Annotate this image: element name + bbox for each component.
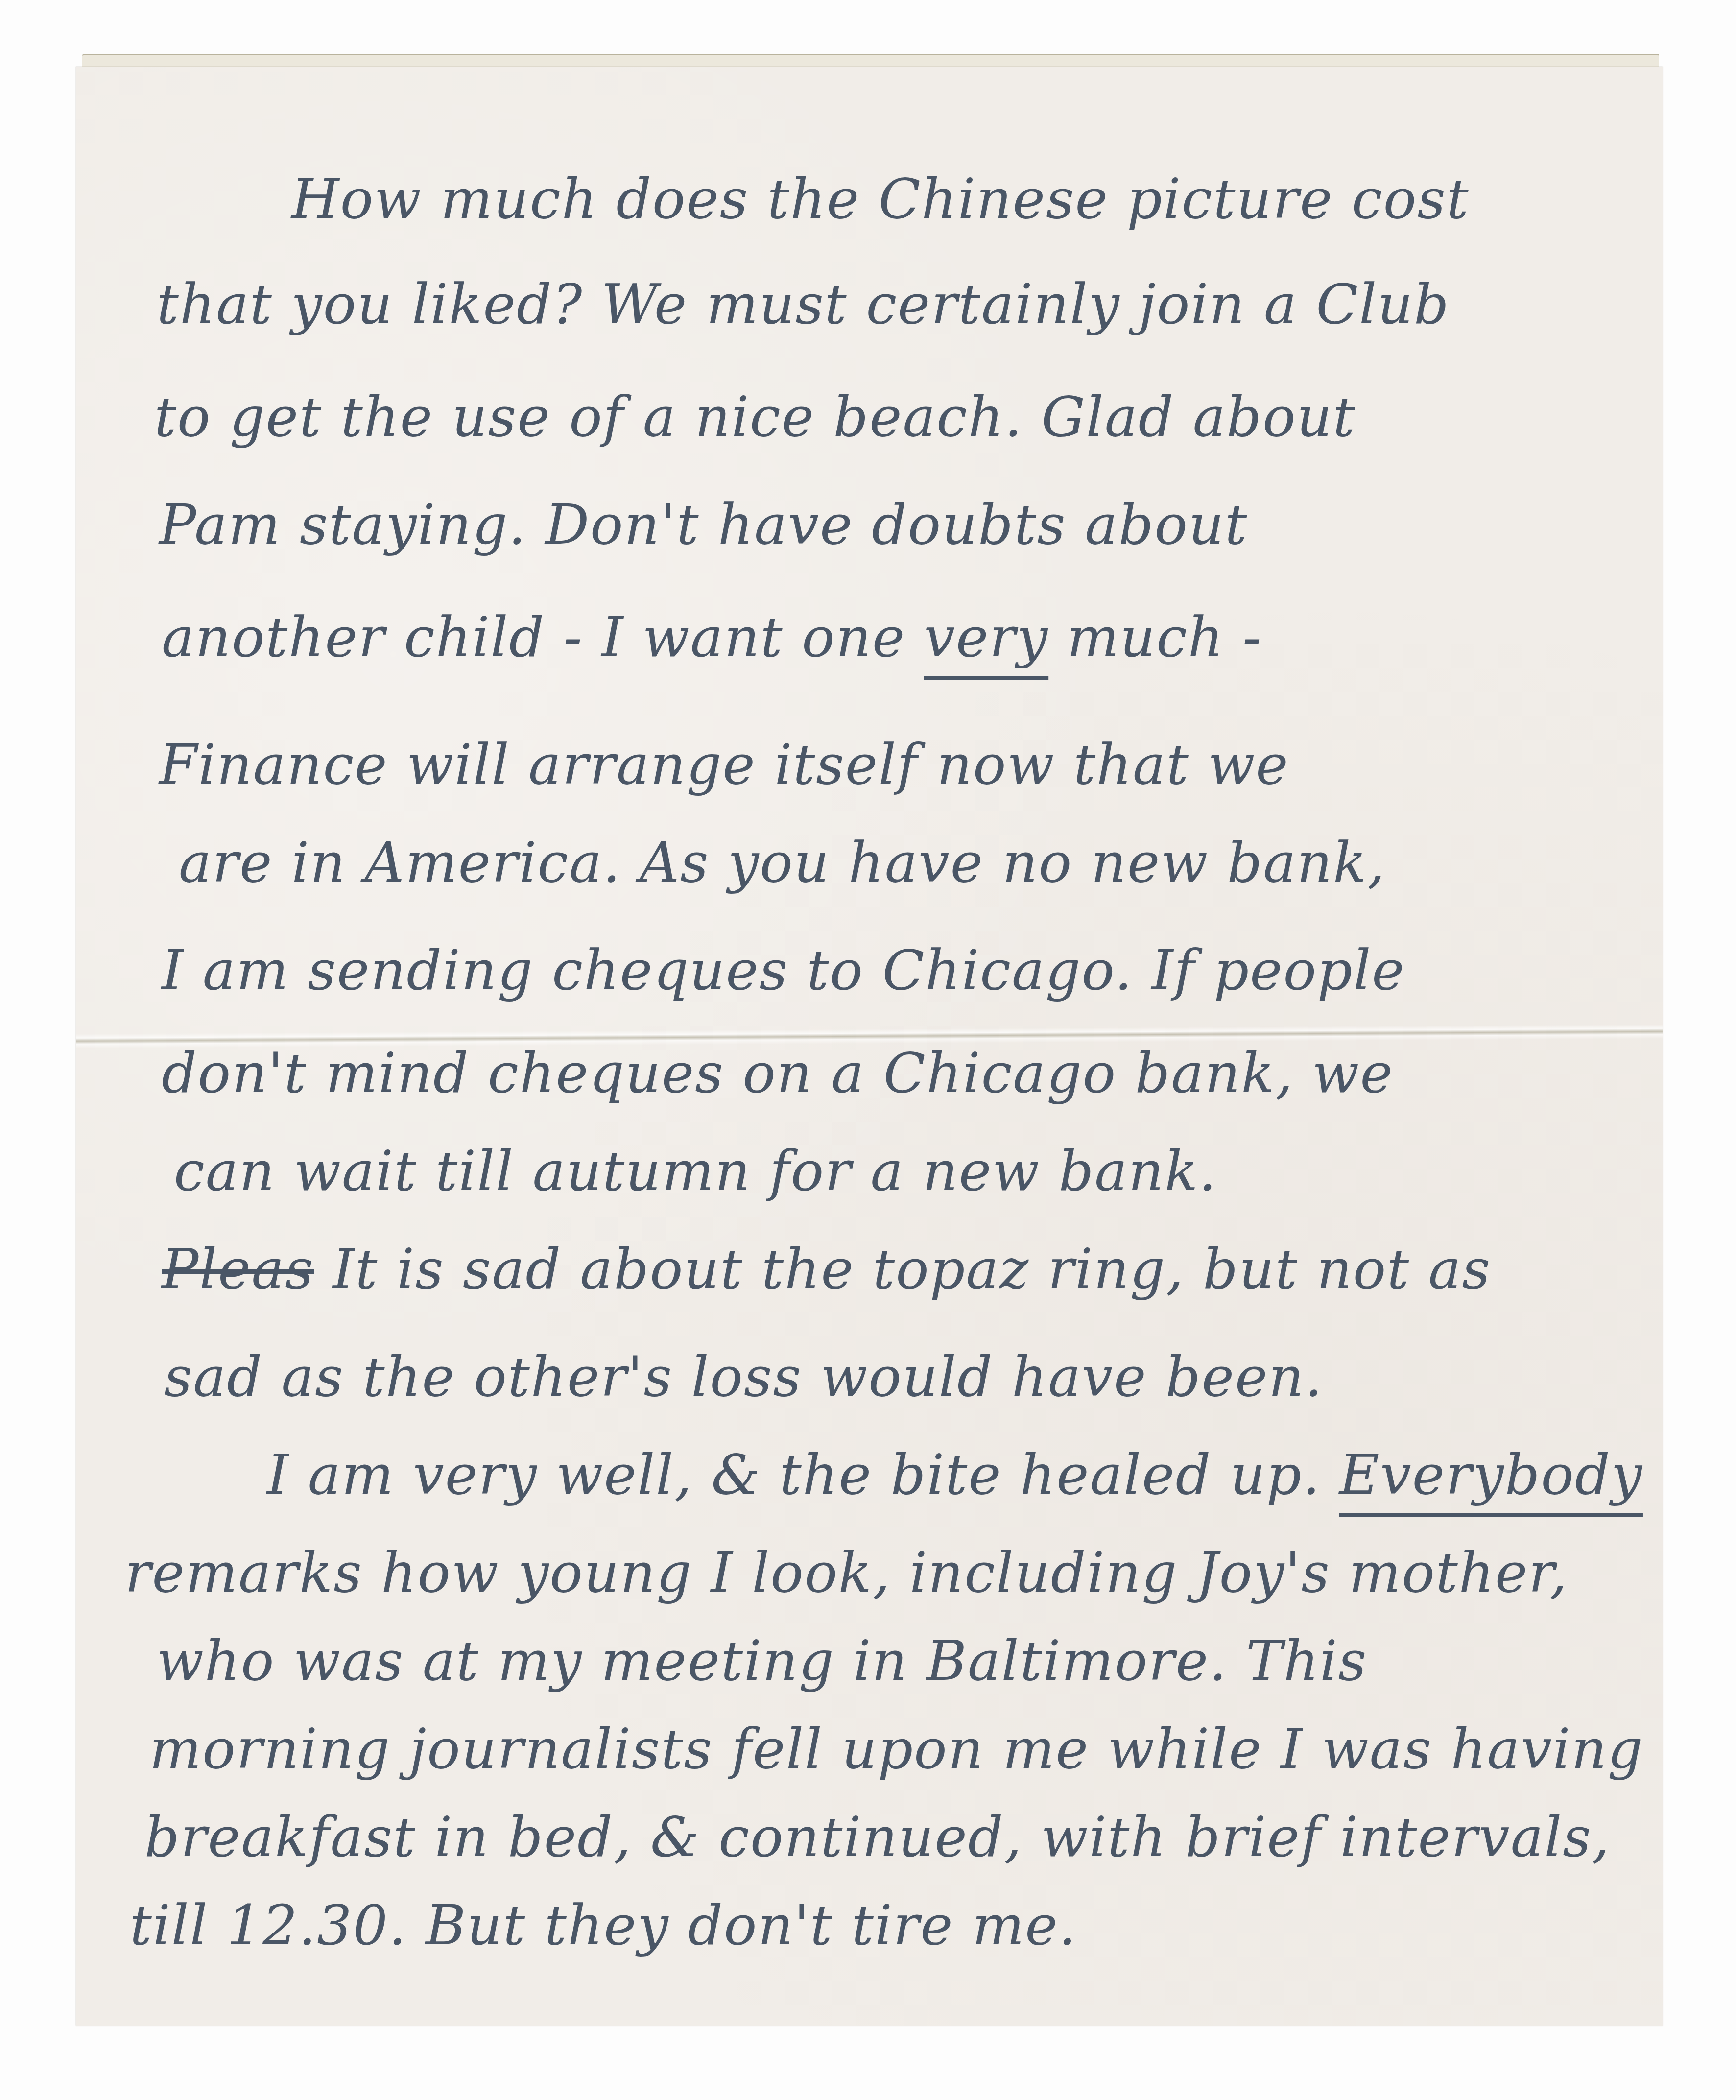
letter-line-1: How much does the Chinese picture cost [291,172,1470,227]
struck-through-word: Pleas [162,1238,314,1301]
letter-line-15: who was at my meeting in Baltimore. This [157,1634,1367,1689]
underlined-word: very [924,606,1048,669]
letter-line-12: sad as the other's loss would have been. [164,1350,1323,1405]
letter-body: How much does the Chinese picture cost t… [76,67,1663,2026]
letter-line-17: breakfast in bed, & continued, with brie… [144,1810,1610,1865]
letter-line-3: to get the use of a nice beach. Glad abo… [154,390,1356,445]
letter-line-9: don't mind cheques on a Chicago bank, we [162,1046,1394,1101]
letter-line-16: morning journalists fell upon me while I… [149,1722,1643,1777]
line-text: till 12.30. But they don't tire me. [130,1894,1077,1957]
line-text: sad as the other's loss would have been. [164,1345,1323,1409]
line-text: much - [1048,606,1262,669]
letter-line-11: Pleas It is sad about the topaz ring, bu… [162,1242,1491,1297]
line-text: It is sad about the topaz ring, but not … [314,1238,1491,1301]
line-text: I am very well, & the bite healed up. [267,1443,1339,1507]
line-text: another child - I want one [162,606,924,669]
line-text: morning journalists fell upon me while I… [149,1718,1643,1781]
letter-line-8: I am sending cheques to Chicago. If peop… [162,943,1405,998]
line-text: to get the use of a nice beach. Glad abo… [154,385,1356,449]
letter-line-13: I am very well, & the bite healed up. Ev… [267,1448,1643,1503]
letter-line-10: can wait till autumn for a new bank. [174,1144,1217,1199]
letter-line-7: are in America. As you have no new bank, [179,835,1386,890]
letter-page: How much does the Chinese picture cost t… [76,67,1663,2026]
line-text: Finance will arrange itself now that we [159,733,1289,797]
line-text: I am sending cheques to Chicago. If peop… [162,939,1405,1002]
letter-line-5: another child - I want one very much - [162,610,1262,665]
line-text: remarks how young I look, including Joy'… [125,1541,1568,1605]
letter-line-14: remarks how young I look, including Joy'… [125,1546,1568,1600]
line-text: breakfast in bed, & continued, with brie… [144,1806,1610,1869]
letter-line-18: till 12.30. But they don't tire me. [130,1898,1077,1953]
line-text: are in America. As you have no new bank, [179,831,1386,895]
line-text: How much does the Chinese picture cost [291,167,1470,231]
line-text: can wait till autumn for a new bank. [174,1140,1217,1203]
underlined-word: Everybody [1339,1443,1643,1507]
line-text: that you liked? We must certainly join a… [157,273,1450,336]
letter-line-6: Finance will arrange itself now that we [159,738,1289,792]
line-text: who was at my meeting in Baltimore. This [157,1629,1367,1693]
letter-line-4: Pam staying. Don't have doubts about [159,498,1248,552]
line-text: Pam staying. Don't have doubts about [159,493,1248,557]
line-text: don't mind cheques on a Chicago bank, we [162,1042,1394,1105]
letter-line-2: that you liked? We must certainly join a… [157,277,1450,332]
